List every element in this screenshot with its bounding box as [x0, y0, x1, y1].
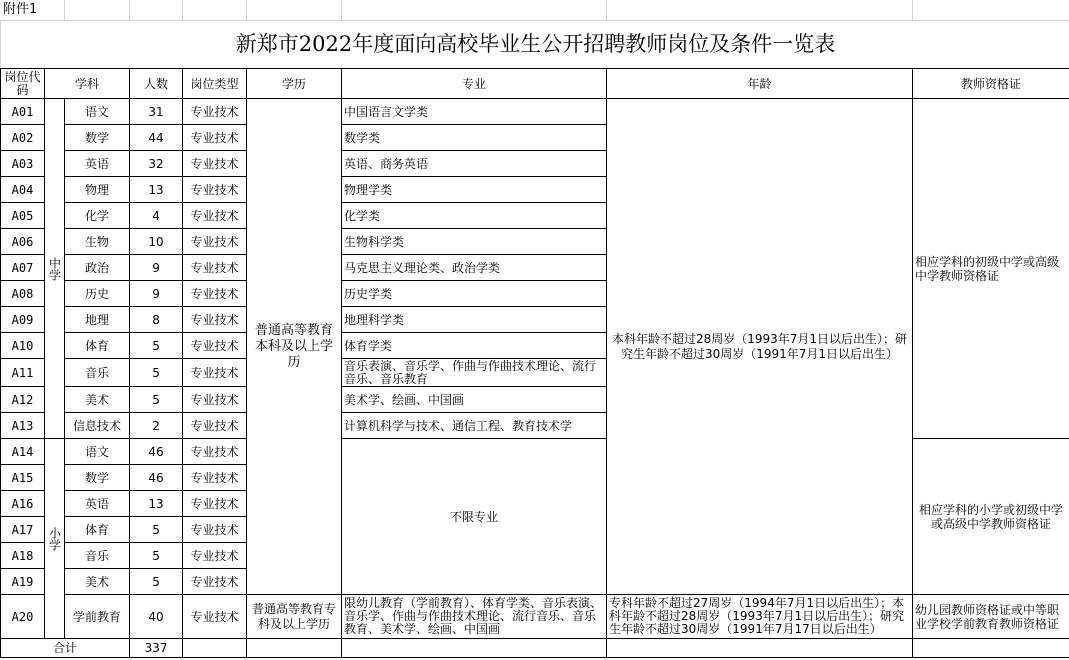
- headcount: 40: [130, 595, 183, 639]
- headcount: 8: [130, 307, 183, 333]
- post-type: 专业技术: [183, 543, 247, 569]
- headcount: 31: [130, 99, 183, 125]
- gridline: [64, 0, 65, 20]
- subject: 体育: [65, 517, 130, 543]
- post-type: 专业技术: [183, 569, 247, 595]
- title-row: 新郑市2022年度面向高校毕业生公开招聘教师岗位及条件一览表: [0, 20, 1069, 68]
- empty-cell: [183, 639, 247, 658]
- header-post-type: 岗位类型: [183, 69, 247, 99]
- subject: 政治: [65, 255, 130, 281]
- education-requirement: 普通高等教育专科及以上学历: [247, 595, 342, 639]
- empty-cell: [913, 639, 1069, 658]
- subject: 音乐: [65, 543, 130, 569]
- post-code: A19: [1, 569, 45, 595]
- headcount: 4: [130, 203, 183, 229]
- subject: 音乐: [65, 359, 130, 387]
- certificate-requirement: 幼儿园教师资格证或中等职业学校学前教育教师资格证: [913, 595, 1069, 639]
- total-label: 合计: [1, 639, 130, 658]
- subject: 语文: [65, 439, 130, 465]
- major-requirement: 马克思主义理论类、政治学类: [342, 255, 607, 281]
- subject: 语文: [65, 99, 130, 125]
- post-code: A16: [1, 491, 45, 517]
- post-code: A14: [1, 439, 45, 465]
- headcount: 9: [130, 255, 183, 281]
- headcount: 46: [130, 465, 183, 491]
- post-code: A04: [1, 177, 45, 203]
- headcount: 13: [130, 491, 183, 517]
- gridline: [129, 0, 130, 20]
- major-requirement: 中国语言文学类: [342, 99, 607, 125]
- post-type: 专业技术: [183, 177, 247, 203]
- post-code: A12: [1, 387, 45, 413]
- total-count: 337: [130, 639, 183, 658]
- education-requirement: 普通高等教育本科及以上学历: [247, 99, 342, 595]
- major-requirement: 历史学类: [342, 281, 607, 307]
- total-row: 合计 337: [1, 639, 1069, 658]
- post-code: A01: [1, 99, 45, 125]
- headcount: 5: [130, 569, 183, 595]
- headcount: 5: [130, 517, 183, 543]
- post-code: A09: [1, 307, 45, 333]
- age-requirement: 专科年龄不超过27周岁（1994年7月1日以后出生）；本科年龄不超过28周岁（1…: [607, 595, 913, 639]
- major-requirement: 计算机科学与技术、通信工程、教育技术学: [342, 413, 607, 439]
- post-code: A03: [1, 151, 45, 177]
- gridline: [912, 0, 913, 20]
- gridline: [246, 0, 247, 20]
- empty-cell: [247, 639, 342, 658]
- subject: 物理: [65, 177, 130, 203]
- page-title: 新郑市2022年度面向高校毕业生公开招聘教师岗位及条件一览表: [1, 30, 1069, 58]
- post-type: 专业技术: [183, 491, 247, 517]
- header-subject: 学科: [45, 69, 130, 99]
- headcount: 46: [130, 439, 183, 465]
- post-type: 专业技术: [183, 413, 247, 439]
- headcount: 5: [130, 333, 183, 359]
- headcount: 13: [130, 177, 183, 203]
- header-count: 人数: [130, 69, 183, 99]
- header-row: 岗位代码 学科 人数 岗位类型 学历 专业 年龄 教师资格证: [1, 69, 1069, 99]
- headcount: 5: [130, 543, 183, 569]
- headcount: 2: [130, 413, 183, 439]
- post-type: 专业技术: [183, 439, 247, 465]
- certificate-requirement-middle: 相应学科的初级中学或高级中学教师资格证: [913, 99, 1069, 439]
- major-requirement: 生物科学类: [342, 229, 607, 255]
- major-requirement: 数学类: [342, 125, 607, 151]
- post-code: A18: [1, 543, 45, 569]
- major-requirement: 体育学类: [342, 333, 607, 359]
- post-type: 专业技术: [183, 203, 247, 229]
- age-requirement: 本科年龄不超过28周岁（1993年7月1日以后出生）；研究生年龄不超过30周岁（…: [607, 99, 913, 595]
- post-type: 专业技术: [183, 387, 247, 413]
- recruitment-table: 岗位代码 学科 人数 岗位类型 学历 专业 年龄 教师资格证 A01 中学 语文…: [0, 68, 1069, 658]
- subject: 生物: [65, 229, 130, 255]
- major-requirement: 英语、商务英语: [342, 151, 607, 177]
- table-row: A20 学前教育 40 专业技术 普通高等教育专科及以上学历 限幼儿教育（学前教…: [1, 595, 1069, 639]
- headcount: 44: [130, 125, 183, 151]
- major-requirement: 美术学、绘画、中国画: [342, 387, 607, 413]
- empty-cell: [607, 639, 913, 658]
- gridline: [341, 0, 342, 20]
- major-requirement: 限幼儿教育（学前教育）、体育学类、音乐表演、音乐学、作曲与作曲技术理论、流行音乐…: [342, 595, 607, 639]
- subject: 英语: [65, 151, 130, 177]
- major-requirement: 音乐表演、音乐学、作曲与作曲技术理论、流行音乐、音乐教育: [342, 359, 607, 387]
- post-type: 专业技术: [183, 229, 247, 255]
- post-code: A08: [1, 281, 45, 307]
- subject: 学前教育: [65, 595, 130, 639]
- attachment-label: 附件1: [3, 1, 37, 19]
- header-certificate: 教师资格证: [913, 69, 1069, 99]
- subject: 数学: [65, 465, 130, 491]
- headcount: 32: [130, 151, 183, 177]
- subject: 数学: [65, 125, 130, 151]
- post-code: A05: [1, 203, 45, 229]
- post-type: 专业技术: [183, 125, 247, 151]
- header-education: 学历: [247, 69, 342, 99]
- table-row: A01 中学 语文 31 专业技术 普通高等教育本科及以上学历 中国语言文学类 …: [1, 99, 1069, 125]
- headcount: 5: [130, 387, 183, 413]
- empty-cell: [342, 639, 607, 658]
- subject: 历史: [65, 281, 130, 307]
- post-code: A17: [1, 517, 45, 543]
- headcount: 9: [130, 281, 183, 307]
- post-type: 专业技术: [183, 595, 247, 639]
- major-requirement: 地理科学类: [342, 307, 607, 333]
- post-type: 专业技术: [183, 333, 247, 359]
- subject: 英语: [65, 491, 130, 517]
- post-type: 专业技术: [183, 151, 247, 177]
- post-code: A15: [1, 465, 45, 491]
- post-type: 专业技术: [183, 307, 247, 333]
- post-type: 专业技术: [183, 99, 247, 125]
- post-code: A20: [1, 595, 45, 639]
- post-code: A10: [1, 333, 45, 359]
- spreadsheet: 附件1 新郑市2022年度面向高校毕业生公开招聘教师岗位及条件一览表 岗位代码 …: [0, 0, 1069, 660]
- major-requirement: 物理学类: [342, 177, 607, 203]
- headcount: 10: [130, 229, 183, 255]
- post-code: A02: [1, 125, 45, 151]
- post-type: 专业技术: [183, 281, 247, 307]
- post-code: A07: [1, 255, 45, 281]
- post-type: 专业技术: [183, 255, 247, 281]
- level-middle-school: 中学: [45, 99, 65, 439]
- post-code: A11: [1, 359, 45, 387]
- gridline: [606, 0, 607, 20]
- header-code: 岗位代码: [1, 69, 45, 99]
- subject: 信息技术: [65, 413, 130, 439]
- major-requirement: 化学类: [342, 203, 607, 229]
- post-type: 专业技术: [183, 465, 247, 491]
- post-type: 专业技术: [183, 517, 247, 543]
- attachment-row: 附件1: [0, 0, 1069, 21]
- subject: 化学: [65, 203, 130, 229]
- major-requirement-unrestricted: 不限专业: [342, 439, 607, 595]
- post-type: 专业技术: [183, 359, 247, 387]
- post-code: A06: [1, 229, 45, 255]
- headcount: 5: [130, 359, 183, 387]
- subject: 美术: [65, 387, 130, 413]
- subject: 美术: [65, 569, 130, 595]
- header-major: 专业: [342, 69, 607, 99]
- post-code: A13: [1, 413, 45, 439]
- subject: 体育: [65, 333, 130, 359]
- certificate-requirement-primary: 相应学科的小学或初级中学或高级中学教师资格证: [913, 439, 1069, 595]
- gridline: [182, 0, 183, 20]
- header-age: 年龄: [607, 69, 913, 99]
- level-primary-school: 小学: [45, 439, 65, 639]
- subject: 地理: [65, 307, 130, 333]
